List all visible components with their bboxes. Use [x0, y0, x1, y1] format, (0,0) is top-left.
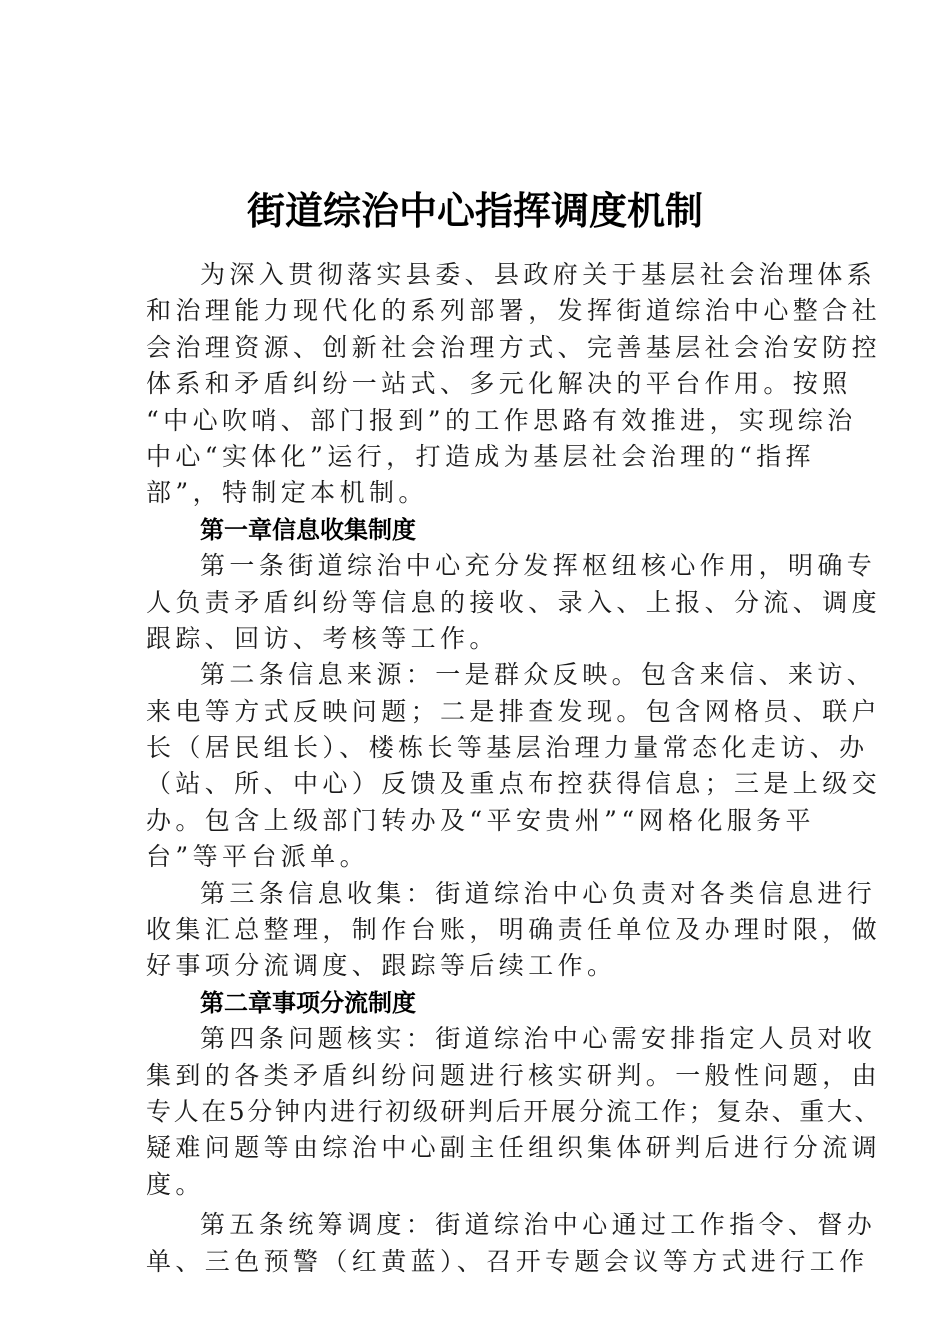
text-line: 长（居民组长）、楼栋长等基层治理力量常态化走访、办 — [146, 730, 826, 766]
paragraph-article-1: 第一条街道综治中心充分发挥枢纽核心作用，明确专 人负责矛盾纠纷等信息的接收、录入… — [146, 548, 826, 657]
text-line: 第三条信息收集：街道综治中心负责对各类信息进行 — [146, 876, 826, 912]
text-line: 台”等平台派单。 — [146, 839, 826, 875]
text-line: 会治理资源、创新社会治理方式、完善基层社会治安防控 — [146, 330, 826, 366]
paragraph-intro: 为深入贯彻落实县委、县政府关于基层社会治理体系 和治理能力现代化的系列部署，发挥… — [146, 257, 826, 512]
text-line: 跟踪、回访、考核等工作。 — [146, 621, 826, 657]
text-line: 体系和矛盾纠纷一站式、多元化解决的平台作用。按照 — [146, 366, 826, 402]
text-line: 度。 — [146, 1167, 826, 1203]
paragraph-article-4: 第四条问题核实：街道综治中心需安排指定人员对收 集到的各类矛盾纠纷问题进行核实研… — [146, 1021, 826, 1203]
text-line: 中心“实体化”运行，打造成为基层社会治理的“指挥 — [146, 439, 826, 475]
document-title: 街道综治中心指挥调度机制 — [0, 183, 950, 239]
text-line: 和治理能力现代化的系列部署，发挥街道综治中心整合社 — [146, 293, 826, 329]
text-line: 第一条街道综治中心充分发挥枢纽核心作用，明确专 — [146, 548, 826, 584]
text-line: 单、三色预警（红黄蓝）、召开专题会议等方式进行工作 — [146, 1244, 826, 1280]
chapter-heading-2: 第二章事项分流制度 — [146, 985, 826, 1021]
text-line: 好事项分流调度、跟踪等后续工作。 — [146, 948, 826, 984]
chapter-heading-1: 第一章信息收集制度 — [146, 512, 826, 548]
paragraph-article-2: 第二条信息来源：一是群众反映。包含来信、来访、 来电等方式反映问题；二是排查发现… — [146, 657, 826, 875]
text-line: 专人在5分钟内进行初级研判后开展分流工作；复杂、重大、 — [146, 1094, 826, 1130]
text-line: 部”，特制定本机制。 — [146, 475, 826, 511]
document-body: 为深入贯彻落实县委、县政府关于基层社会治理体系 和治理能力现代化的系列部署，发挥… — [146, 257, 826, 1280]
text-line: 来电等方式反映问题；二是排查发现。包含网格员、联户 — [146, 694, 826, 730]
paragraph-article-3: 第三条信息收集：街道综治中心负责对各类信息进行 收集汇总整理，制作台账，明确责任… — [146, 876, 826, 985]
text-line: “中心吹哨、部门报到”的工作思路有效推进，实现综治 — [146, 403, 826, 439]
text-line: 疑难问题等由综治中心副主任组织集体研判后进行分流调 — [146, 1130, 826, 1166]
paragraph-article-5: 第五条统筹调度：街道综治中心通过工作指令、督办 单、三色预警（红黄蓝）、召开专题… — [146, 1207, 826, 1280]
text-line: 第二条信息来源：一是群众反映。包含来信、来访、 — [146, 657, 826, 693]
text-line: 人负责矛盾纠纷等信息的接收、录入、上报、分流、调度 — [146, 585, 826, 621]
text-line: 办。包含上级部门转办及“平安贵州”“网格化服务平 — [146, 803, 826, 839]
text-line: 集到的各类矛盾纠纷问题进行核实研判。一般性问题，由 — [146, 1058, 826, 1094]
text-line: 第四条问题核实：街道综治中心需安排指定人员对收 — [146, 1021, 826, 1057]
document-page: 街道综治中心指挥调度机制 为深入贯彻落实县委、县政府关于基层社会治理体系 和治理… — [0, 0, 950, 1344]
text-line: （站、所、中心）反馈及重点布控获得信息；三是上级交 — [146, 766, 826, 802]
text-line: 收集汇总整理，制作台账，明确责任单位及办理时限，做 — [146, 912, 826, 948]
text-line: 为深入贯彻落实县委、县政府关于基层社会治理体系 — [146, 257, 826, 293]
text-line: 第五条统筹调度：街道综治中心通过工作指令、督办 — [146, 1207, 826, 1243]
